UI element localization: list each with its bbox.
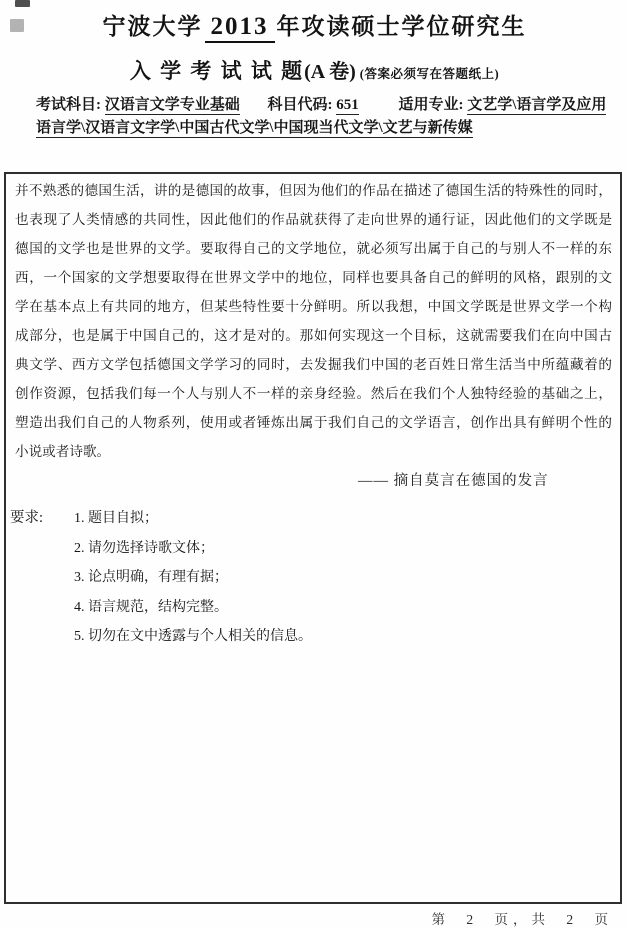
majors-label: 适用专业: <box>399 97 464 113</box>
page-title: 宁波大学2013年攻读硕士学位研究生 <box>0 0 629 43</box>
requirement-item: 2. 请勿选择诗歌文体； <box>74 534 312 564</box>
scanned-exam-page: 宁波大学2013年攻读硕士学位研究生 入 学 考 试 试 题(A 卷)(答案必须… <box>0 0 629 928</box>
requirement-item: 1. 题目自拟； <box>74 504 312 534</box>
answer-note: (答案必须写在答题纸上) <box>360 67 499 81</box>
subject-value: 汉语言文学专业基础 <box>105 97 240 115</box>
title-prefix: 宁波大学 <box>103 14 203 39</box>
passage-line: 创作资源，包括我们每一个人与别人不一样的亲身经验。然后在我们个人独特经验的基础之… <box>15 379 612 408</box>
paper-version: (A 卷) <box>304 61 356 83</box>
question-box: 并不熟悉的德国生活，讲的是德国的故事，但因为他们的作品在描述了德国生活的特殊性的… <box>4 172 622 904</box>
requirement-item: 3. 论点明确，有理有据； <box>74 563 312 593</box>
passage-line: 塑造出我们自己的人物系列，使用或者锤炼出属于我们自己的文学语言，创作出具有鲜明个… <box>15 408 612 437</box>
subject-info: 考试科目: 汉语言文学专业基础 科目代码: 651 适用专业: 文艺学\语言学及… <box>36 94 621 140</box>
passage-line: 学在基本点上有共同的地方，但某些特性要十分鲜明。所以我想，中国文学既是世界文学一… <box>15 292 612 321</box>
requirement-item: 4. 语言规范，结构完整。 <box>74 593 312 623</box>
exam-title: 入 学 考 试 试 题 <box>130 59 304 83</box>
passage-line: 小说或者诗歌。 <box>15 437 612 466</box>
code-value: 651 <box>336 97 359 115</box>
requirement-item: 5. 切勿在文中透露与个人相关的信息。 <box>74 622 312 652</box>
passage-line: 并不熟悉的德国生活，讲的是德国的故事，但因为他们的作品在描述了德国生活的特殊性的… <box>15 176 612 205</box>
exam-title-line: 入 学 考 试 试 题(A 卷)(答案必须写在答题纸上) <box>0 55 629 85</box>
quote-attribution: —— 摘自莫言在德国的发言 <box>358 468 620 494</box>
requirements-list: 1. 题目自拟； 2. 请勿选择诗歌文体； 3. 论点明确，有理有据； 4. 语… <box>74 504 312 652</box>
scan-artifact-mark <box>10 19 24 32</box>
essay-passage: 并不熟悉的德国生活，讲的是德国的故事，但因为他们的作品在描述了德国生活的特殊性的… <box>6 174 620 466</box>
passage-line: 也表现了人类情感的共同性，因此他们的作品就获得了走向世界的通行证，因此他们的文学… <box>15 205 612 234</box>
page-number-footer: 第 2 页，共 2 页 <box>432 908 614 928</box>
passage-line: 西，一个国家的文学想要取得在世界文学中的地位，同样也要具备自己的鲜明的风格，跟别… <box>15 263 612 292</box>
scan-artifact-mark <box>15 0 30 7</box>
passage-line: 典文学、西方文学包括德国文学学习的同时，去发掘我们中国的老百姓日常生活当中所蕴藏… <box>15 350 612 379</box>
title-year: 2013 <box>205 13 275 43</box>
subject-label: 考试科目: <box>36 97 101 113</box>
passage-line: 成部分，也是属于中国自己的，这才是对的。那如何实现这一个目标，这就需要我们在向中… <box>15 321 612 350</box>
code-label: 科目代码: <box>268 97 333 113</box>
passage-line: 德国的文学也是世界的文学。要取得自己的文学地位，就必须写出属于自己的与别人不一样… <box>15 234 612 263</box>
title-suffix: 年攻读硕士学位研究生 <box>277 14 527 39</box>
requirements-section: 要求: 1. 题目自拟； 2. 请勿选择诗歌文体； 3. 论点明确，有理有据； … <box>6 504 620 652</box>
requirements-label: 要求: <box>10 504 74 652</box>
